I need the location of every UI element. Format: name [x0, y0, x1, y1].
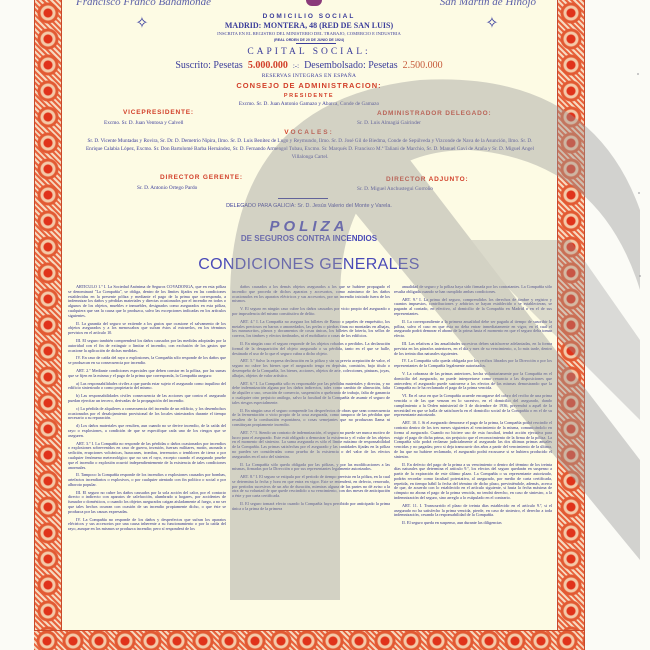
desembolsado-amount: 2.500.000: [403, 60, 443, 71]
separator: :-:: [293, 62, 299, 70]
seguros-subtitle: DE SEGUROS CONTRA INCENDIOS: [62, 234, 556, 243]
paragraph: II. En ningún caso el seguro comprende l…: [232, 409, 390, 428]
paragraph: III. El seguro no cubre los daños causad…: [68, 491, 226, 515]
column-3: anualidad de seguro y la póliza haya sid…: [394, 285, 552, 630]
paragraph: anualidad de seguro y la póliza haya sid…: [394, 285, 552, 295]
paragraph: ART. 11. I. Transcurrido el plazo de tre…: [394, 504, 552, 518]
paragraph: ART. 3.º I. La Compañía no responde de l…: [68, 442, 226, 471]
paragraph: ART. 2.º Mediante condiciones especiales…: [68, 369, 226, 379]
paragraph: ART. 10. I. Si el asegurado demorase el …: [394, 421, 552, 459]
administrador-label: ADMINISTRADOR DELEGADO:: [377, 110, 491, 117]
paragraph: II. La correspondiente a la primera anua…: [394, 320, 552, 339]
capital-line: Suscrito: Pesetas 5.000.000 :-: Desembol…: [62, 60, 556, 71]
paragraph: IV. En caso de caída del rayo o explosio…: [68, 356, 226, 366]
consejo-title: CONSEJO DE ADMINISTRACION:: [62, 81, 556, 90]
address: MADRID: MONTERA, 48 (RED DE SAN LUIS): [62, 21, 556, 30]
poliza-title: POLIZA: [62, 218, 556, 235]
right-signature: San Martín de Hinojo: [440, 0, 536, 8]
paragraph: II. La Compañía sólo queda obligada por …: [232, 463, 390, 473]
registry-line: INSCRITA EN EL REGISTRO DEL MINISTERIO D…: [62, 31, 556, 36]
divider: [296, 43, 336, 44]
left-signature: Francisco Franco Bahamonde: [76, 0, 211, 8]
paragraph: ART. 4.º I. La Compañía no asegura los b…: [232, 320, 390, 339]
administrador-name: Sr. D. Luis Almagiá Gairinder: [357, 120, 421, 126]
paragraph: ART. 7.º I. Siendo un contrato de indemn…: [232, 431, 390, 460]
policy-document: Francisco Franco Bahamonde San Martín de…: [0, 0, 650, 650]
paragraph: daños causados a los demás objetos asegu…: [232, 285, 390, 304]
paragraph: VI. En el caso en que la Compañía acuerd…: [394, 394, 552, 418]
director-gerente-name: Sr. D. Antonio Ortego Pardo: [137, 185, 197, 191]
paragraph: ARTICULO 1.º I. La Sociedad Anónima de S…: [68, 285, 226, 319]
paragraph: III. Las relativas a las anualidades suc…: [394, 342, 552, 356]
paragraph: IV. La Compañía sólo queda obligada por …: [394, 359, 552, 369]
desembolsado-label: Desembolsado: Pesetas: [304, 60, 398, 71]
paragraph: V. La cobranza de las primas anteriores,…: [394, 372, 552, 391]
director-gerente-label: DIRECTOR GERENTE:: [160, 174, 243, 181]
reservas: RESERVAS INTEGRAS EN ESPAÑA: [62, 73, 556, 79]
paragraph: II. La garantía del seguro se extiende a…: [68, 322, 226, 336]
vocales-label: VOCALES:: [62, 129, 556, 136]
divider: [278, 198, 328, 199]
paragraph: ART. 9.º I. La prima del seguro, compren…: [394, 298, 552, 317]
paragraph: V. El seguro en ningún caso cubre los da…: [232, 307, 390, 317]
director-adjunto-name: Sr. D. Miguel Anchustegui Gorroño: [357, 186, 433, 192]
vocales-names: Sr. D. Vicente Muntadas y Rovira, Sr. Dr…: [80, 137, 540, 162]
real-orden: (REAL ORDEN DE 20 DE JUNIO DE 1924): [62, 38, 556, 42]
suscrito-label: Suscrito: Pesetas: [175, 60, 243, 71]
vicepresidente-name: Excmo. Sr. D. Juan Ventosa y Calvell: [104, 120, 184, 126]
scan-speck: [637, 73, 639, 75]
paragraph: II. El seguro queda en suspenso, aun dur…: [394, 521, 552, 526]
column-1: ARTICULO 1.º I. La Sociedad Anónima de S…: [68, 285, 226, 630]
vicepresidente-label: VICEPRESIDENTE:: [123, 109, 194, 116]
paragraph: a) Las responsabilidades civiles a que p…: [68, 382, 226, 392]
presidente-label: PRESIDENTE: [62, 93, 556, 99]
condiciones-title: CONDICIONES GENERALES: [62, 256, 556, 274]
suscrito-amount: 5.000.000: [248, 60, 288, 71]
paragraph: c) La pérdida de alquileres a consecuenc…: [68, 407, 226, 421]
paragraph: II. Tampoco la Compañía responde de los …: [68, 473, 226, 487]
paragraph: ART. 6.º I. La Compañía sólo es responsa…: [232, 382, 390, 406]
paragraph: II. En defecto del pago de la prima a su…: [394, 463, 552, 501]
scan-speck: [638, 192, 640, 194]
paragraph: d) Los daños materiales que resulten, au…: [68, 424, 226, 438]
paragraph: ART. 5.º Salvo la expresa declaración en…: [232, 359, 390, 378]
paragraph: III. El seguro también comprenderá los d…: [68, 339, 226, 353]
director-adjunto-label: DIRECTOR ADJUNTO:: [386, 176, 468, 183]
presidente-name: Excmo. Sr. D. Juan Antonio Gamazo y Abar…: [62, 101, 556, 107]
ornamental-border-right: [557, 0, 585, 650]
paragraph: b) Las responsabilidades civiles consecu…: [68, 394, 226, 404]
ornamental-border-left: [34, 0, 62, 650]
paragraph: ART. 8.º I. El seguro se estipula por el…: [232, 475, 390, 499]
paragraph: II. El seguro tomará efecto cuando la Co…: [232, 502, 390, 512]
ornamental-border-bottom: [34, 630, 584, 650]
paragraph: II. En ningún caso el seguro responde de…: [232, 342, 390, 356]
domicilio-label: DOMICILIO SOCIAL: [62, 13, 556, 20]
scan-speck: [639, 275, 641, 277]
paragraph: IV. La Compañía no responde de los daños…: [68, 518, 226, 532]
delegado-galicia: DELEGADO PARA GALICIA: Sr. D. Jesús Vale…: [62, 203, 556, 209]
capital-title: CAPITAL SOCIAL:: [62, 47, 556, 57]
column-2: daños causados a los demás objetos asegu…: [232, 285, 390, 630]
body-columns: ARTICULO 1.º I. La Sociedad Anónima de S…: [62, 285, 556, 630]
